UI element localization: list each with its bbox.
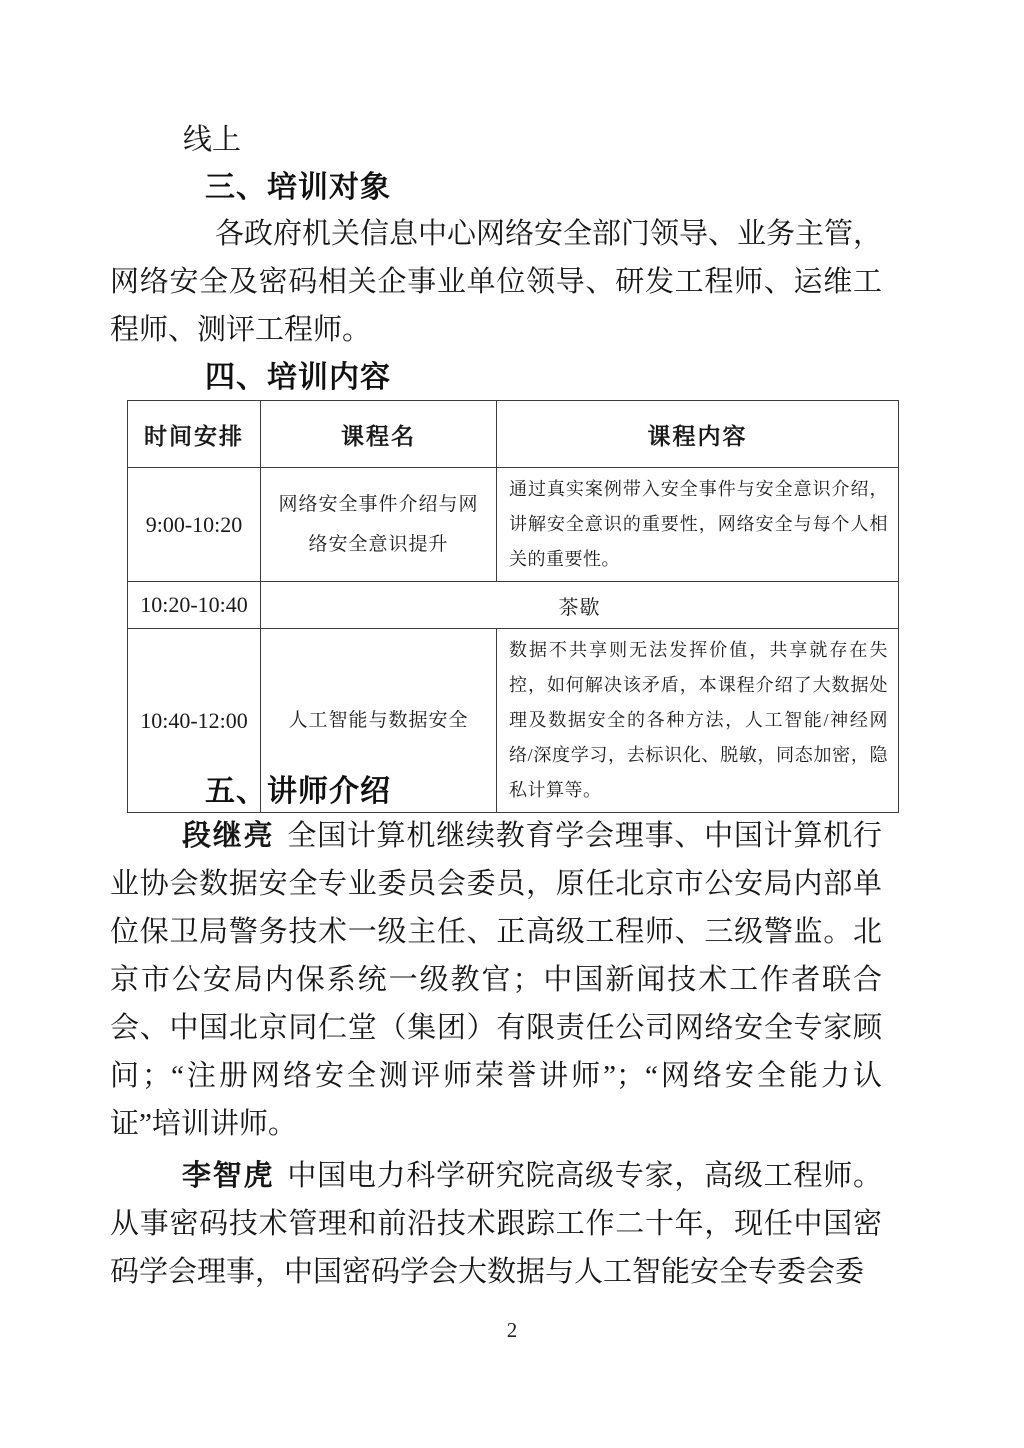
continuation-line: 线上: [183, 120, 241, 160]
lecturer-name: 段继亮: [182, 820, 274, 852]
lecturer-bio-paragraph: 段继亮全国计算机继续教育学会理事、中国计算机行业协会数据安全专业委员会委员，原任…: [110, 812, 882, 1148]
cell-course-content: 通过真实案例带入安全事件与安全意识介绍，讲解安全意识的重要性，网络安全与每个人相…: [497, 468, 899, 582]
cell-time-slot: 10:20-10:40: [128, 582, 261, 629]
cell-course-name: 网络安全事件介绍与网络安全意识提升: [261, 468, 497, 582]
cell-time-slot: 9:00-10:20: [128, 468, 261, 582]
training-schedule-table: 时间安排 课程名 课程内容 9:00-10:20 网络安全事件介绍与网络安全意识…: [127, 400, 899, 813]
column-header-time: 时间安排: [128, 401, 261, 468]
column-header-course-content: 课程内容: [497, 401, 899, 468]
cell-course-content: 数据不共享则无法发挥价值，共享就存在失控，如何解决该矛盾，本课程介绍了大数据处理…: [497, 629, 899, 813]
table-row: 10:20-10:40 茶歇: [128, 582, 899, 629]
column-header-course-name: 课程名: [261, 401, 497, 468]
table-row: 9:00-10:20 网络安全事件介绍与网络安全意识提升 通过真实案例带入安全事…: [128, 468, 899, 582]
section-heading-training-target: 三、培训对象: [205, 169, 391, 207]
lecturer-bio-text: 全国计算机继续教育学会理事、中国计算机行业协会数据安全专业委员会委员，原任北京市…: [110, 820, 882, 1140]
section-heading-training-content: 四、培训内容: [205, 359, 391, 397]
page-number: 2: [0, 1318, 1024, 1343]
document-page: 线上 三、培训对象 各政府机关信息中心网络安全部门领导、业务主管，网络安全及密码…: [0, 0, 1024, 1448]
section-heading-lecturer-intro: 五、讲师介绍: [205, 773, 391, 811]
training-target-paragraph: 各政府机关信息中心网络安全部门领导、业务主管，网络安全及密码相关企事业单位领导、…: [110, 210, 882, 354]
cell-tea-break: 茶歇: [261, 582, 899, 629]
lecturer-bio-paragraph: 李智虎中国电力科学研究院高级专家，高级工程师。从事密码技术管理和前沿技术跟踪工作…: [110, 1152, 882, 1296]
lecturer-name: 李智虎: [182, 1160, 274, 1192]
table-header-row: 时间安排 课程名 课程内容: [128, 401, 899, 468]
